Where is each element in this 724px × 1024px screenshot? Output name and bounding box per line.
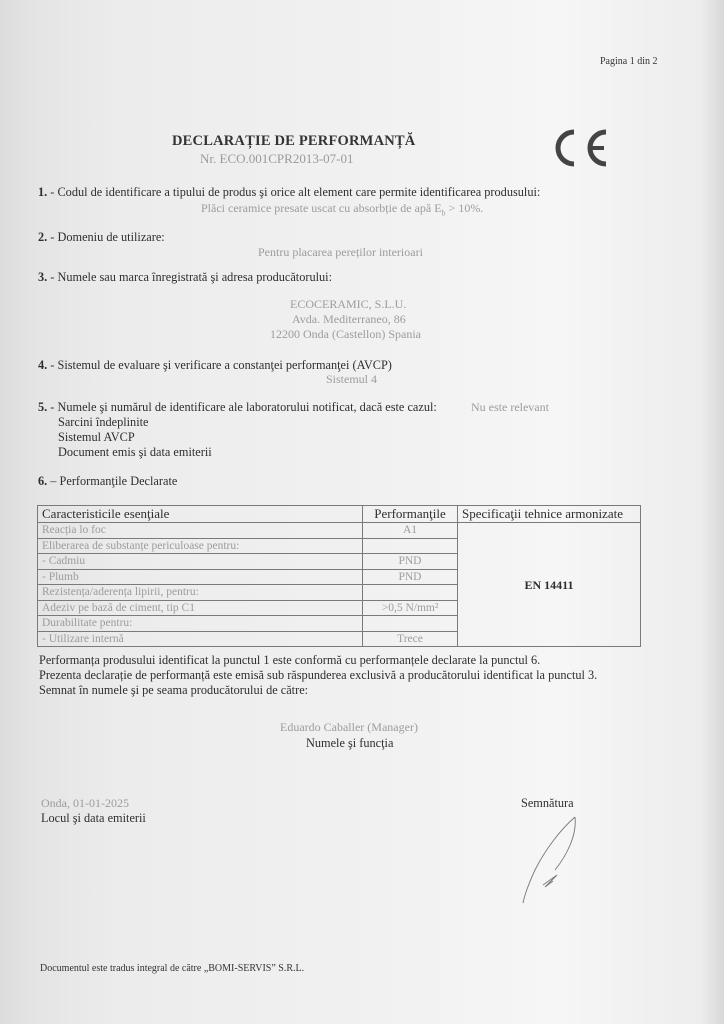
separator: - xyxy=(47,358,57,372)
section-3-label: 3. - Numele sau marca înregistrată şi ad… xyxy=(38,270,332,285)
section-4-label: 4. - Sistemul de evaluare şi verificare … xyxy=(38,358,392,373)
document-issued-label: Document emis şi data emiterii xyxy=(58,445,212,460)
signatory-name-caption: Numele şi funcţia xyxy=(306,736,393,751)
separator: – xyxy=(47,474,59,488)
section-label: Numele şi numărul de identificare ale la… xyxy=(57,400,436,414)
performance-table: Caracteristicile esenţiale Performanţile… xyxy=(37,505,641,647)
signed-on-behalf-statement: Semnat în numele şi pe seama producătoru… xyxy=(39,683,308,698)
performance-cell: A1 xyxy=(363,523,458,539)
place-date-caption: Locul şi data emiterii xyxy=(41,811,146,826)
signature-caption: Semnătura xyxy=(521,796,574,811)
section-number: 6. xyxy=(38,474,47,488)
section-number: 4. xyxy=(38,358,47,372)
performance-cell: PND xyxy=(363,554,458,570)
performance-cell xyxy=(363,538,458,554)
section-number: 3. xyxy=(38,270,47,284)
characteristic-cell: Eliberarea de substanțe periculoase pent… xyxy=(38,538,363,554)
characteristic-cell: - Utilizare internă xyxy=(38,631,363,647)
conformity-statement: Performanța produsului identificat la pu… xyxy=(39,653,540,668)
performance-cell: PND xyxy=(363,569,458,585)
performance-cell: Trece xyxy=(363,631,458,647)
section-number: 5. xyxy=(38,400,47,414)
header-specifications: Specificaţii tehnice armonizate xyxy=(458,506,641,523)
document-number: Nr. ECO.001CPR2013-07-01 xyxy=(200,151,353,167)
section-label: Domeniu de utilizare: xyxy=(57,230,164,244)
signature-scribble-icon xyxy=(505,815,585,905)
separator: - xyxy=(47,230,57,244)
manufacturer-name: ECOCERAMIC, S.L.U. xyxy=(290,297,406,312)
manufacturer-street: Avda. Mediterraneo, 86 xyxy=(292,312,406,327)
ce-mark-icon xyxy=(550,128,612,168)
section-1-label: 1. - Codul de identificare a tipului de … xyxy=(38,185,540,200)
responsibility-statement: Prezenta declarație de performanță este … xyxy=(39,668,597,683)
section-label: Performanţile Declarate xyxy=(60,474,178,488)
performance-cell xyxy=(363,616,458,632)
separator: - xyxy=(47,185,57,199)
header-performance: Performanţile xyxy=(363,506,458,523)
avcp-system-label: Sistemul AVCP xyxy=(58,430,135,445)
section-label: Numele sau marca înregistrată şi adresa … xyxy=(57,270,332,284)
section-6-label: 6. – Performanţile Declarate xyxy=(38,474,177,489)
product-code-value: Plăci ceramice presate uscat cu absorbți… xyxy=(201,201,483,217)
header-characteristics: Caracteristicile esenţiale xyxy=(38,506,363,523)
separator: - xyxy=(47,400,57,414)
document-title: DECLARAȚIE DE PERFORMANȚĂ xyxy=(172,133,415,150)
characteristic-cell: - Cadmiu xyxy=(38,554,363,570)
translation-footer: Documentul este tradus integral de către… xyxy=(40,963,304,974)
signatory-name: Eduardo Caballer (Manager) xyxy=(280,720,418,735)
harmonized-spec-cell: EN 14411 xyxy=(458,523,641,647)
performance-cell xyxy=(363,585,458,601)
section-number: 2. xyxy=(38,230,47,244)
characteristic-cell: Durabilitate pentru: xyxy=(38,616,363,632)
section-label: Codul de identificare a tipului de produ… xyxy=(57,185,540,199)
page-indicator: Pagina 1 din 2 xyxy=(600,56,658,67)
performance-cell: >0,5 N/mm² xyxy=(363,600,458,616)
section-5-label: 5. - Numele şi numărul de identificare a… xyxy=(38,400,437,415)
characteristic-cell: Reacția lo foc xyxy=(38,523,363,539)
separator: - xyxy=(47,270,57,284)
table-row: Reacția lo focA1EN 14411 xyxy=(38,523,641,539)
table-header-row: Caracteristicile esenţiale Performanţile… xyxy=(38,506,641,523)
section-2-label: 2. - Domeniu de utilizare: xyxy=(38,230,165,245)
section-number: 1. xyxy=(38,185,47,199)
characteristic-cell: Adeziv pe bază de ciment, tip C1 xyxy=(38,600,363,616)
avcp-system-value: Sistemul 4 xyxy=(326,372,377,387)
characteristic-cell: Rezistența/aderența lipirii, pentru: xyxy=(38,585,363,601)
notified-lab-value: Nu este relevant xyxy=(471,400,549,415)
characteristic-cell: - Plumb xyxy=(38,569,363,585)
tasks-performed-label: Sarcini îndeplinite xyxy=(58,415,149,430)
place-date-value: Onda, 01-01-2025 xyxy=(41,796,129,811)
manufacturer-city: 12200 Onda (Castellon) Spania xyxy=(270,327,421,342)
intended-use-value: Pentru placarea pereților interioari xyxy=(258,245,423,260)
section-label: Sistemul de evaluare şi verificare a con… xyxy=(57,358,391,372)
